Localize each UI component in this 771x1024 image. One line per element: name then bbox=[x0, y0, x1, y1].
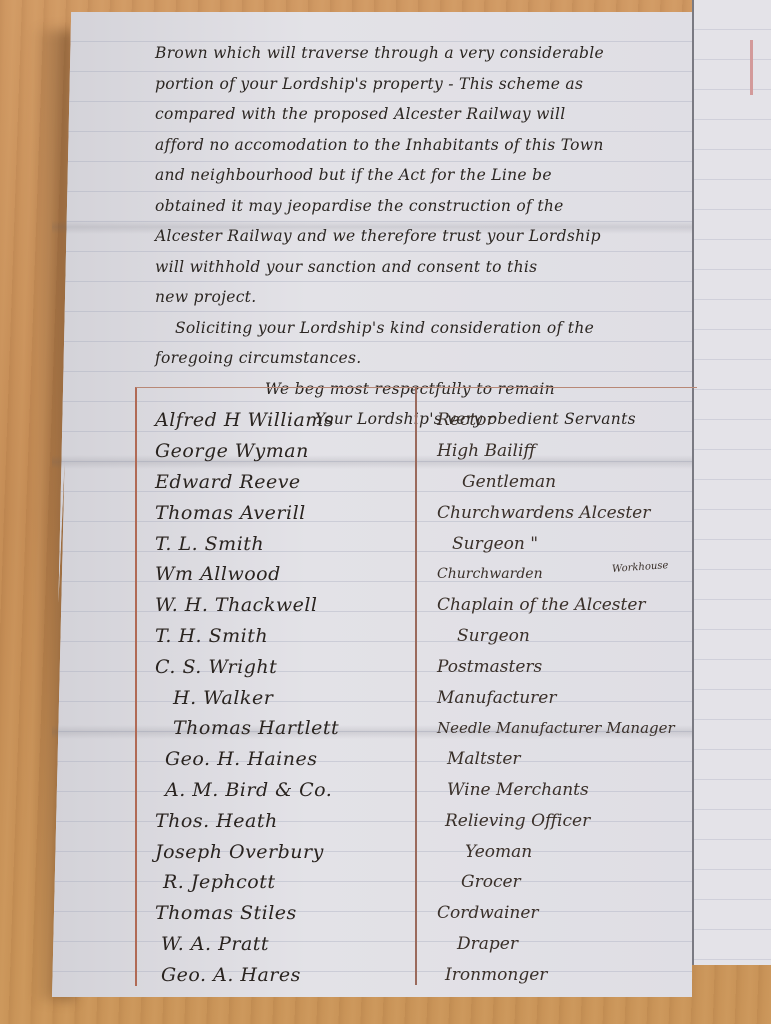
signatory-name: R. Jephcott bbox=[155, 871, 417, 893]
signatory-name: Alfred H Williams bbox=[155, 409, 417, 431]
signatory-title: Needle Manufacturer Manager bbox=[417, 719, 675, 737]
signature-row: Thomas AverillChurchwardens Alcester bbox=[155, 497, 695, 528]
letter-line: and neighbourhood but if the Act for the… bbox=[155, 160, 690, 191]
signatory-title: Relieving Officer bbox=[417, 811, 590, 831]
signatory-title: Surgeon bbox=[417, 626, 530, 646]
signatory-name: Wm Allwood bbox=[155, 563, 417, 585]
signatory-name: H. Walker bbox=[155, 687, 417, 709]
signatory-name: Joseph Overbury bbox=[155, 841, 417, 863]
letter-line: portion of your Lordship's property - Th… bbox=[155, 69, 690, 100]
signatory-name: George Wyman bbox=[155, 440, 417, 462]
signatory-title: Churchwardens Alcester bbox=[417, 503, 650, 523]
signature-row: C. S. WrightPostmasters bbox=[155, 651, 695, 682]
signature-row: Thos. HeathRelieving Officer bbox=[155, 805, 695, 836]
signature-row: W. H. ThackwellChaplain of the Alcester bbox=[155, 590, 695, 621]
red-margin-mark bbox=[750, 40, 753, 95]
letter-line: foregoing circumstances. bbox=[155, 343, 690, 374]
signatory-name: W. A. Pratt bbox=[155, 933, 417, 955]
signatory-title: Manufacturer bbox=[417, 688, 556, 708]
signatory-title: Rector bbox=[417, 410, 495, 430]
signatory-name: Thomas Averill bbox=[155, 502, 417, 524]
signatory-name: Thomas Hartlett bbox=[155, 717, 417, 739]
signatory-title: Ironmonger bbox=[417, 965, 547, 985]
signatory-name: Edward Reeve bbox=[155, 471, 417, 493]
signatory-name: Thos. Heath bbox=[155, 810, 417, 832]
signatory-title: Yeoman bbox=[417, 842, 532, 862]
letter-line: Brown which will traverse through a very… bbox=[155, 38, 690, 69]
signatory-title: High Bailiff bbox=[417, 441, 535, 461]
signature-row: Thomas StilesCordwainer bbox=[155, 898, 695, 929]
signatory-title: Draper bbox=[417, 934, 518, 954]
signatory-title: Churchwarden bbox=[417, 566, 543, 582]
signatory-name: C. S. Wright bbox=[155, 656, 417, 678]
signature-row: T. H. SmithSurgeon bbox=[155, 621, 695, 652]
signature-row: A. M. Bird & Co.Wine Merchants bbox=[155, 775, 695, 806]
signature-row: George WymanHigh Bailiff bbox=[155, 436, 695, 467]
signatory-title: Grocer bbox=[417, 872, 521, 892]
signature-list: Alfred H WilliamsRector George WymanHigh… bbox=[155, 405, 695, 990]
signatory-name: Geo. H. Haines bbox=[155, 748, 417, 770]
signatory-name: T. L. Smith bbox=[155, 533, 417, 555]
signatory-title: Gentleman bbox=[417, 472, 556, 492]
letter-line: obtained it may jeopardise the construct… bbox=[155, 191, 690, 222]
signatory-name: T. H. Smith bbox=[155, 625, 417, 647]
signatory-title: Cordwainer bbox=[417, 903, 539, 923]
letter-line: Soliciting your Lordship's kind consider… bbox=[155, 313, 690, 344]
signature-row: Joseph OverburyYeoman bbox=[155, 836, 695, 867]
signature-row: H. WalkerManufacturer bbox=[155, 682, 695, 713]
letter-line: compared with the proposed Alcester Rail… bbox=[155, 99, 690, 130]
signature-row: Edward ReeveGentleman bbox=[155, 467, 695, 498]
signatory-title: Chaplain of the Alcester bbox=[417, 595, 646, 615]
signature-row: R. JephcottGrocer bbox=[155, 867, 695, 898]
signatory-title: Maltster bbox=[417, 749, 521, 769]
signatory-name: W. H. Thackwell bbox=[155, 594, 417, 616]
signatory-title: Surgeon " bbox=[417, 534, 538, 554]
letter-line: will withhold your sanction and consent … bbox=[155, 252, 690, 283]
letter-line: Alcester Railway and we therefore trust … bbox=[155, 221, 690, 252]
signatory-title: Wine Merchants bbox=[417, 780, 589, 800]
signature-row: W. A. PrattDraper bbox=[155, 929, 695, 960]
adjacent-page bbox=[692, 0, 771, 965]
signature-row: Thomas HartlettNeedle Manufacturer Manag… bbox=[155, 713, 695, 744]
signature-row: Alfred H WilliamsRector bbox=[155, 405, 695, 436]
signatory-name: Thomas Stiles bbox=[155, 902, 417, 924]
letter-line: afford no accomodation to the Inhabitant… bbox=[155, 130, 690, 161]
letter-body: Brown which will traverse through a very… bbox=[155, 38, 690, 435]
signature-row: Geo. H. HainesMaltster bbox=[155, 744, 695, 775]
letter-line: new project. bbox=[155, 282, 690, 313]
signatory-title: Postmasters bbox=[417, 657, 542, 677]
signatory-name: Geo. A. Hares bbox=[155, 964, 417, 986]
signature-row: Geo. A. HaresIronmonger bbox=[155, 959, 695, 990]
signature-row: T. L. SmithSurgeon " bbox=[155, 528, 695, 559]
signatory-name: A. M. Bird & Co. bbox=[155, 779, 417, 801]
